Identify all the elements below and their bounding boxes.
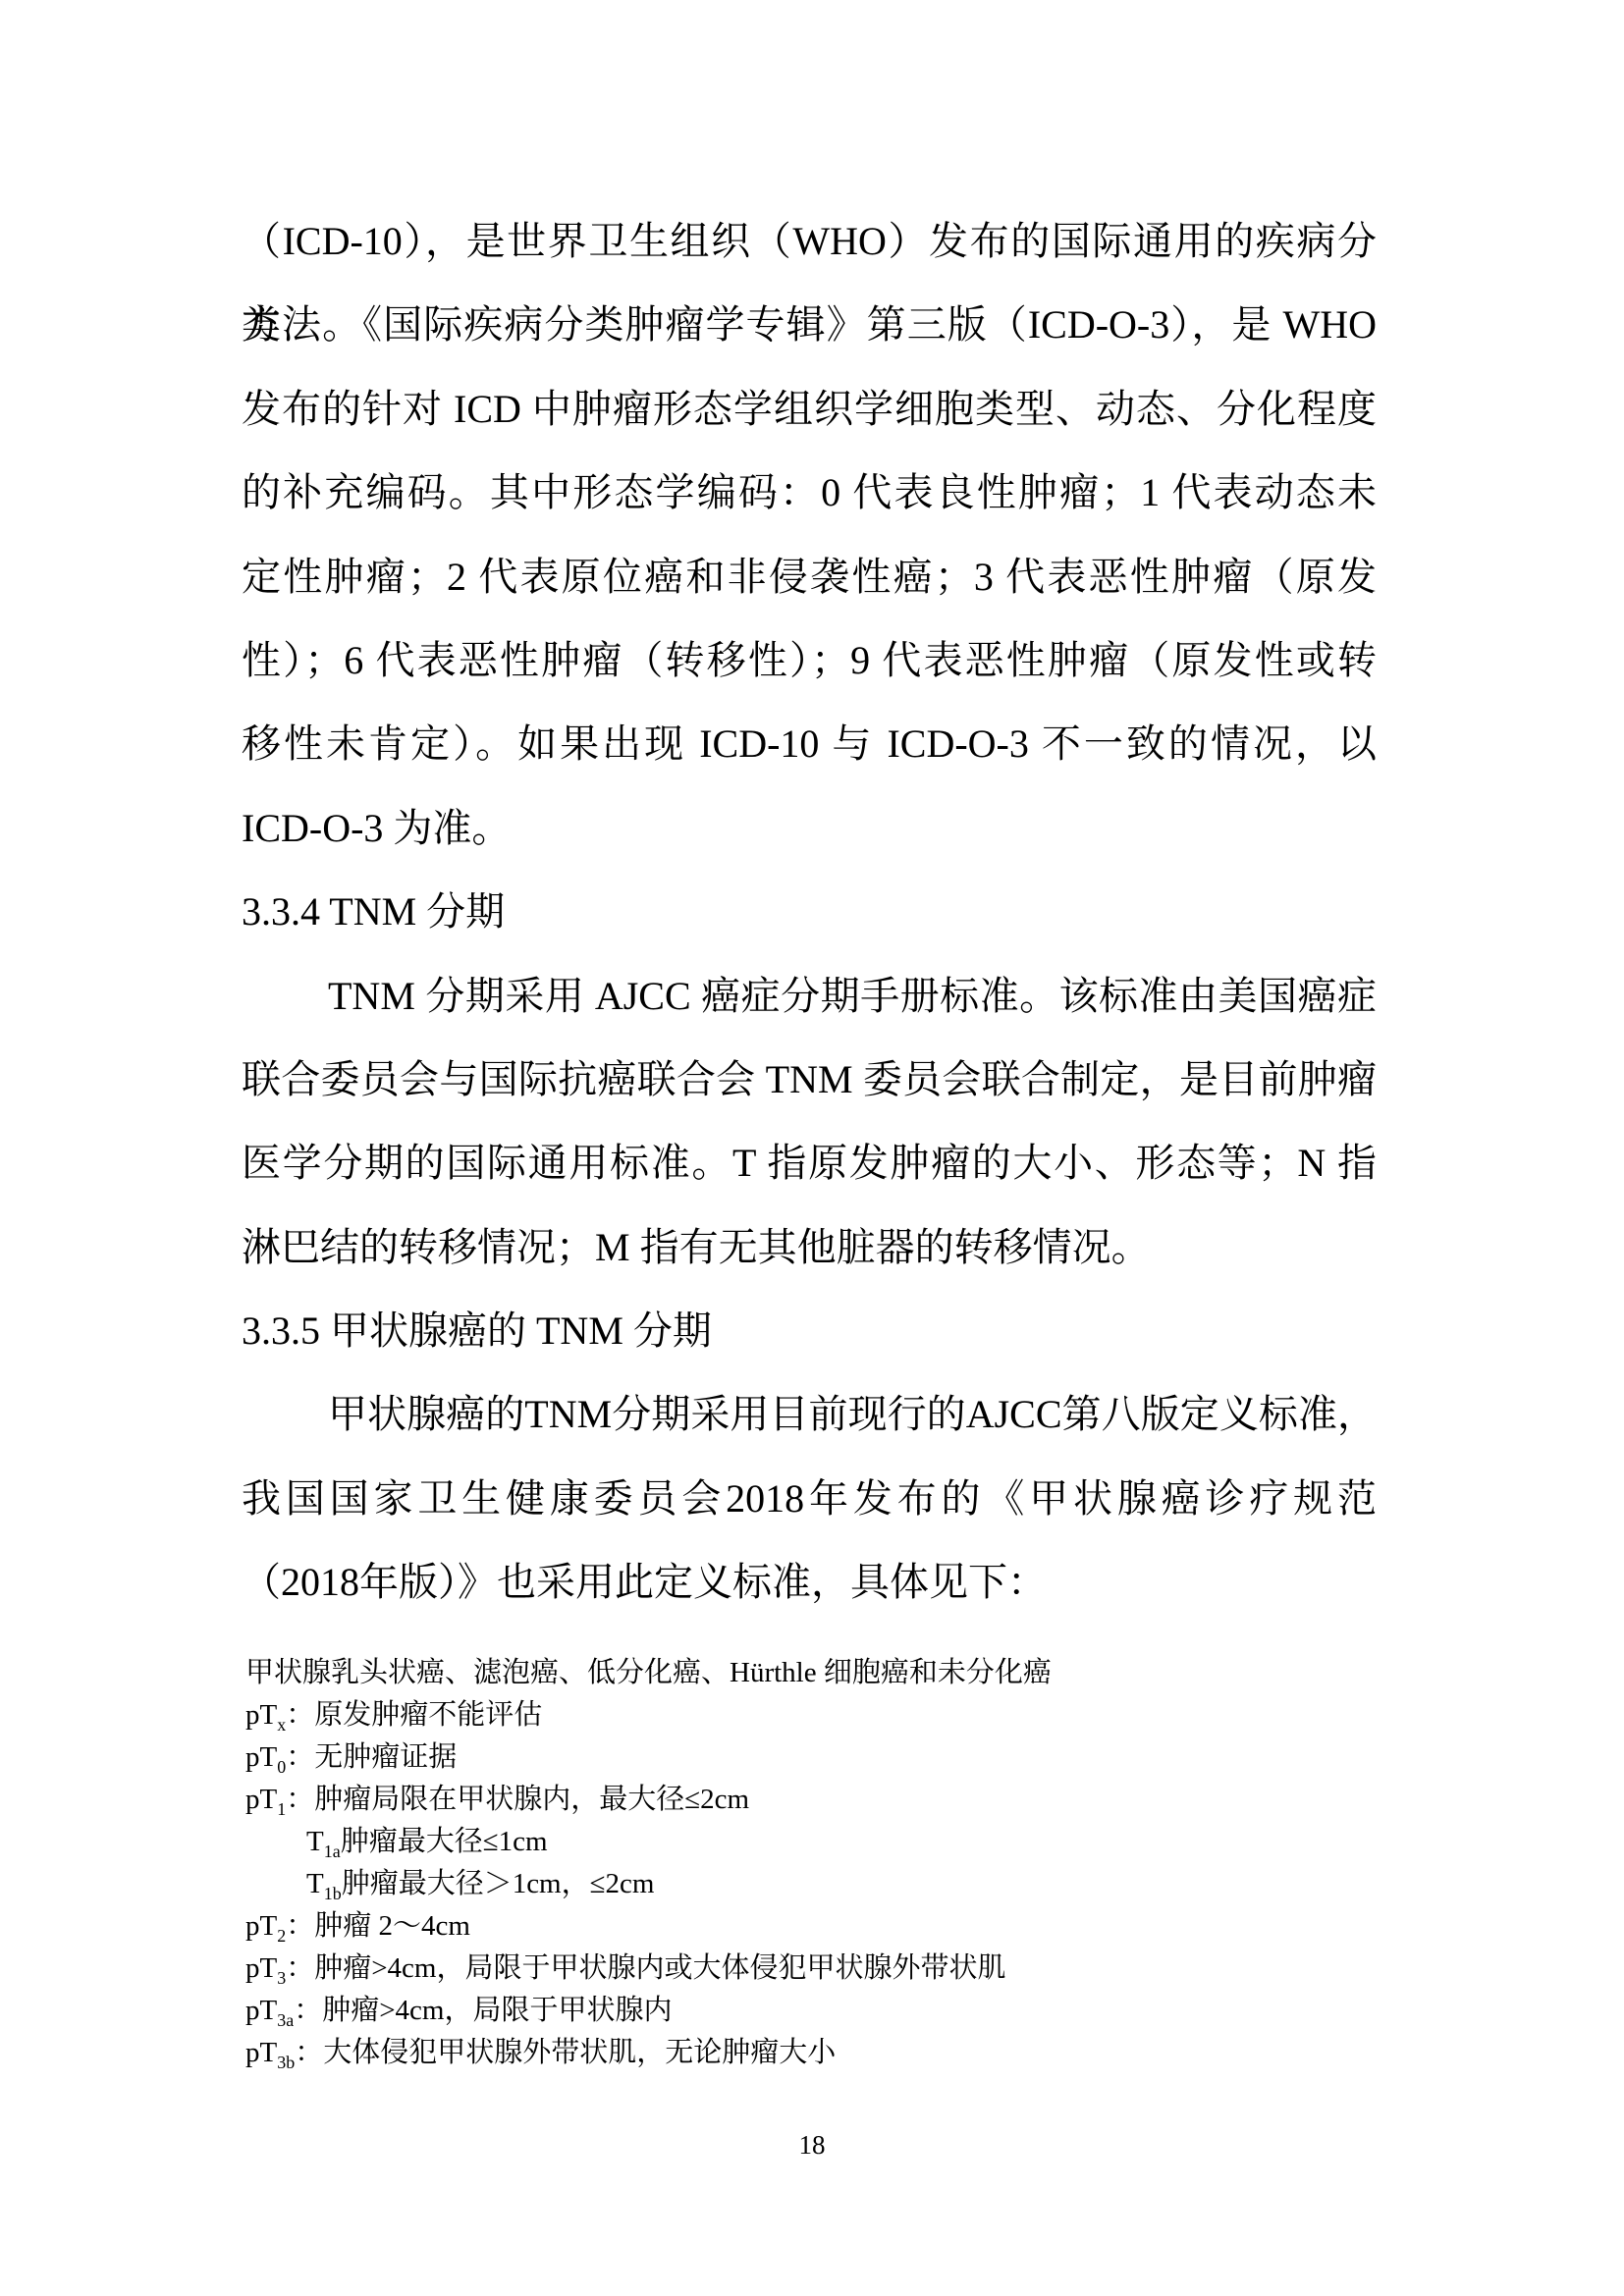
tnm-code-subscript: 0 [277, 1757, 286, 1777]
tnm-text: ：肿瘤 2～4cm [286, 1910, 470, 1942]
tnm-code-subscript: 3a [277, 2010, 294, 2030]
tnm-text: ：肿瘤>4cm，局限于甲状腺内 [294, 1995, 672, 2026]
tnm-code-subscript: 1 [277, 1799, 286, 1819]
tnm-code-subscript: 3b [277, 2053, 295, 2072]
tnm-code-subscript: 1b [324, 1884, 342, 1903]
body-line: 甲状腺癌的TNM分期采用目前现行的AJCC第八版定义标准， [242, 1372, 1377, 1456]
body-line: TNM 分期采用 AJCC 癌症分期手册标准。该标准由美国癌症 [242, 954, 1377, 1038]
body-text: （ICD-10），是世界卫生组织（WHO）发布的国际通用的疾病分类 方法。《国际… [242, 199, 1377, 1625]
tnm-definition-list: 甲状腺乳头状癌、滤泡癌、低分化癌、Hürthle 细胞癌和未分化癌 pTx：原发… [245, 1652, 1483, 2074]
tnm-code: T [306, 1826, 324, 1857]
body-line: 性）；6 代表恶性肿瘤（转移性）；9 代表恶性肿瘤（原发性或转 [242, 618, 1377, 702]
body-line: 医学分期的国际通用标准。T 指原发肿瘤的大小、形态等；N 指 [242, 1121, 1377, 1204]
tnm-text: 肿瘤最大径＞1cm，≤2cm [342, 1868, 655, 1899]
tnm-line: pT1：肿瘤局限在甲状腺内，最大径≤2cm [245, 1779, 1483, 1821]
tnm-text: ：肿瘤局限在甲状腺内，最大径≤2cm [286, 1784, 749, 1815]
body-line: （2018年版）》也采用此定义标准，具体见下： [242, 1540, 1377, 1624]
section-heading-335: 3.3.5 甲状腺癌的 TNM 分期 [242, 1289, 1377, 1372]
body-line: ICD-O-3 为准。 [242, 786, 1377, 870]
tnm-code: pT [245, 1995, 277, 2026]
body-line: （ICD-10），是世界卫生组织（WHO）发布的国际通用的疾病分类 [242, 199, 1377, 283]
tnm-text: 肿瘤最大径≤1cm [341, 1826, 548, 1857]
tnm-code: pT [245, 2037, 277, 2068]
tnm-code-subscript: 3 [277, 1968, 286, 1988]
tnm-code: pT [245, 1910, 277, 1942]
body-line: 发布的针对 ICD 中肿瘤形态学组织学细胞类型、动态、分化程度 [242, 367, 1377, 451]
page-number: 18 [0, 2130, 1624, 2161]
tnm-code-subscript: 1a [324, 1842, 341, 1861]
body-line: 方法。《国际疾病分类肿瘤学专辑》第三版（ICD-O-3），是 WHO [242, 283, 1377, 366]
tnm-line: pTx：原发肿瘤不能评估 [245, 1694, 1483, 1736]
tnm-code-subscript: 2 [277, 1926, 286, 1946]
tnm-line: pT0：无肿瘤证据 [245, 1736, 1483, 1779]
tnm-text: 甲状腺乳头状癌、滤泡癌、低分化癌、Hürthle 细胞癌和未分化癌 [245, 1657, 1052, 1688]
tnm-intro-line: 甲状腺乳头状癌、滤泡癌、低分化癌、Hürthle 细胞癌和未分化癌 [245, 1652, 1483, 1694]
tnm-code-subscript: x [277, 1715, 286, 1735]
body-line: 定性肿瘤；2 代表原位癌和非侵袭性癌；3 代表恶性肿瘤（原发 [242, 535, 1377, 618]
tnm-line: T1a肿瘤最大径≤1cm [245, 1821, 1483, 1863]
tnm-code: pT [245, 1784, 277, 1815]
tnm-code: pT [245, 1952, 277, 1984]
tnm-code: T [306, 1868, 324, 1899]
body-line: 淋巴结的转移情况；M 指有无其他脏器的转移情况。 [242, 1205, 1377, 1289]
body-line: 的补充编码。其中形态学编码：0 代表良性肿瘤；1 代表动态未 [242, 451, 1377, 534]
section-heading-334: 3.3.4 TNM 分期 [242, 870, 1377, 953]
body-line: 联合委员会与国际抗癌联合会 TNM 委员会联合制定，是目前肿瘤 [242, 1038, 1377, 1121]
document-page: （ICD-10），是世界卫生组织（WHO）发布的国际通用的疾病分类 方法。《国际… [0, 0, 1624, 2296]
tnm-text: ：大体侵犯甲状腺外带状肌，无论肿瘤大小 [295, 2037, 836, 2068]
tnm-line: pT3b：大体侵犯甲状腺外带状肌，无论肿瘤大小 [245, 2032, 1483, 2074]
tnm-line: T1b肿瘤最大径＞1cm，≤2cm [245, 1863, 1483, 1905]
tnm-text: ：原发肿瘤不能评估 [286, 1699, 542, 1731]
body-line: 移性未肯定）。如果出现 ICD-10 与 ICD-O-3 不一致的情况，以 [242, 702, 1377, 785]
body-line: 我国国家卫生健康委员会2018年发布的《甲状腺癌诊疗规范 [242, 1457, 1377, 1540]
tnm-line: pT3：肿瘤>4cm，局限于甲状腺内或大体侵犯甲状腺外带状肌 [245, 1948, 1483, 1990]
tnm-code: pT [245, 1741, 277, 1773]
tnm-text: ：无肿瘤证据 [286, 1741, 457, 1773]
tnm-code: pT [245, 1699, 277, 1731]
tnm-line: pT3a：肿瘤>4cm，局限于甲状腺内 [245, 1990, 1483, 2032]
tnm-line: pT2：肿瘤 2～4cm [245, 1905, 1483, 1948]
tnm-text: ：肿瘤>4cm，局限于甲状腺内或大体侵犯甲状腺外带状肌 [286, 1952, 1005, 1984]
